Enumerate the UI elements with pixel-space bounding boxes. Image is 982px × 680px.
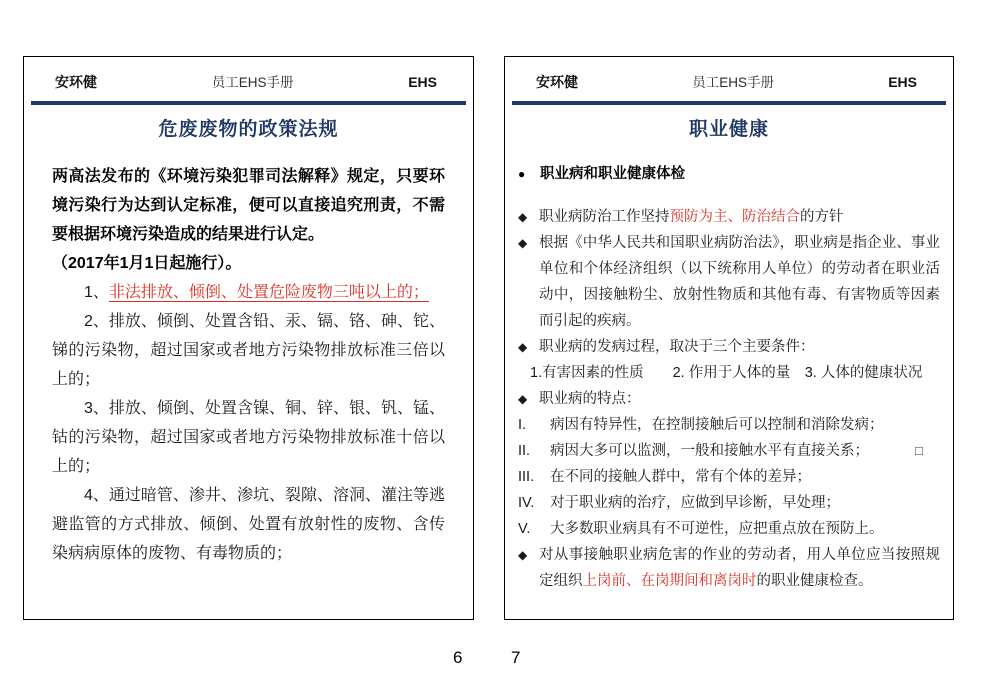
characteristic-item-2: II.病因大多可以监测，一般和接触水平有直接关系；□ [518,438,940,464]
page-body-left: 两高法发布的《环境污染犯罪司法解释》规定，只要环境污染行为达到认定标准，便可以直… [24,162,473,568]
header-rule [31,101,466,105]
page-title-right: 职业健康 [505,114,953,141]
paragraph-text: 1.有害因素的性质 2. 作用于人体的量 3. 人体的健康状况 [530,365,922,381]
text-segment: 1、 [84,284,109,301]
list-item-3: 3、排放、倾倒、处置含镍、铜、锌、银、钒、锰、钴的污染物，超过国家或者地方污染物… [52,394,445,481]
characteristic-item-1: I.病因有特异性，在控制接触后可以控制和消除发病； [518,412,940,438]
diamond-bullet: ◆ [518,204,539,230]
paragraph-text: 在不同的接触人群中，常有个体的差异； [550,464,940,490]
text-segment: 职业病的发病过程，取决于三个主要条件： [539,339,815,355]
page-number-right: 7 [511,648,520,668]
text-segment: 职业病防治工作坚持 [539,209,670,225]
text-segment: 在不同的接触人群中，常有个体的差异； [550,469,811,485]
header-brand: 安环健 [55,72,97,92]
page-title-left: 危废废物的政策法规 [24,114,473,141]
diamond-bullet: ◆ [518,334,539,360]
paragraph-text: （2017年1月1日起施行）。 [52,255,241,272]
text-segment: 病因有特异性，在控制接触后可以控制和消除发病； [550,417,884,433]
paragraph-text: 病因有特异性，在控制接触后可以控制和消除发病； [550,412,940,438]
header-ehs-label: EHS [408,74,437,90]
page-body-right: ●职业病和职业健康体检◆职业病防治工作坚持预防为主、防治结合的方针◆根据《中华人… [505,161,953,594]
text-segment: 两高法发布的《环境污染犯罪司法解释》规定，只要环境污染行为达到认定标准，便可以直… [52,168,445,243]
text-segment: 对于职业病的治疗，应做到早诊断，早处理； [550,495,840,511]
highlighted-text: 非法排放、倾倒、处置危险废物三吨以上的； [109,284,429,301]
paragraph-text: 病因大多可以监测，一般和接触水平有直接关系；□ [550,438,940,464]
roman-numeral: V. [518,516,550,542]
text-segment: 大多数职业病具有不可逆性，应把重点放在预防上。 [550,521,884,537]
conditions-sub-line: 1.有害因素的性质 2. 作用于人体的量 3. 人体的健康状况 [518,360,940,386]
text-segment: 病因大多可以监测，一般和接触水平有直接关系； [550,443,869,459]
header-ehs-label: EHS [888,74,917,90]
text-segment: 3、排放、倾倒、处置含镍、铜、锌、银、钒、锰、钴的污染物，超过国家或者地方污染物… [52,400,445,475]
dot-bullet: ● [518,161,540,187]
intro-paragraph: 两高法发布的《环境污染犯罪司法解释》规定，只要环境污染行为达到认定标准，便可以直… [52,162,445,249]
paragraph-text: 对于职业病的治疗，应做到早诊断，早处理； [550,490,940,516]
text-segment: 1.有害因素的性质 2. 作用于人体的量 3. 人体的健康状况 [530,365,922,381]
text-segment: （2017年1月1日起施行）。 [52,255,241,272]
paragraph-text: 两高法发布的《环境污染犯罪司法解释》规定，只要环境污染行为达到认定标准，便可以直… [52,168,445,243]
page-right: 安环健 员工EHS手册 EHS 职业健康 ●职业病和职业健康体检◆职业病防治工作… [504,56,954,620]
roman-numeral: II. [518,438,550,464]
list-item-4: 4、通过暗管、渗井、渗坑、裂隙、溶洞、灌注等逃避监管的方式排放、倾倒、处置有放射… [52,481,445,568]
text-segment: 4、通过暗管、渗井、渗坑、裂隙、溶洞、灌注等逃避监管的方式排放、倾倒、处置有放射… [52,487,445,562]
paragraph-text: 职业病的发病过程，取决于三个主要条件： [539,334,940,360]
header-doc-title: 员工EHS手册 [97,71,408,91]
text-segment: 2、排放、倾倒、处置含铅、汞、镉、铬、砷、铊、锑的污染物，超过国家或者地方污染物… [52,313,445,388]
text-segment: 的方针 [800,209,844,225]
text-segment: 职业病和职业健康体检 [540,166,685,182]
characteristic-item-5: V.大多数职业病具有不可逆性，应把重点放在预防上。 [518,516,940,542]
paragraph-text: 职业病的特点： [539,386,940,412]
page-header: 安环健 员工EHS手册 EHS [24,57,473,92]
characteristic-item-3: III.在不同的接触人群中，常有个体的差异； [518,464,940,490]
highlighted-text: 预防为主、防治结合 [670,209,801,225]
highlighted-text: □ [915,443,923,458]
diamond-bullet: ◆ [518,542,539,568]
paragraph-text: 职业病防治工作坚持预防为主、防治结合的方针 [539,204,940,230]
header-rule [512,101,946,105]
page-number-left: 6 [453,648,462,668]
page-header: 安环健 员工EHS手册 EHS [505,57,953,92]
highlighted-text: 上岗前、在岗期间和离岗时 [583,573,757,589]
diamond-bullet: ◆ [518,386,539,412]
header-doc-title: 员工EHS手册 [578,71,888,91]
bullet-onset-conditions: ◆职业病的发病过程，取决于三个主要条件： [518,334,940,360]
paragraph-text: 2、排放、倾倒、处置含铅、汞、镉、铬、砷、铊、锑的污染物，超过国家或者地方污染物… [52,313,445,388]
paragraph-text: 大多数职业病具有不可逆性，应把重点放在预防上。 [550,516,940,542]
diamond-bullet: ◆ [518,230,539,256]
paragraph-text: 4、通过暗管、渗井、渗坑、裂隙、溶洞、灌注等逃避监管的方式排放、倾倒、处置有放射… [52,487,445,562]
roman-numeral: III. [518,464,550,490]
section-heading-occupational-disease: ●职业病和职业健康体检 [518,161,940,187]
paragraph-text: 职业病和职业健康体检 [540,161,940,187]
bullet-characteristics: ◆职业病的特点： [518,386,940,412]
list-item-1: 1、非法排放、倾倒、处置危险废物三吨以上的； [52,278,445,307]
text-segment: 根据《中华人民共和国职业病防治法》，职业病是指企业、事业单位和个体经济组织（以下… [539,235,940,329]
paragraph-text: 3、排放、倾倒、处置含镍、铜、锌、银、钒、锰、钴的污染物，超过国家或者地方污染物… [52,400,445,475]
header-brand: 安环健 [536,72,578,92]
paragraph-text: 1、非法排放、倾倒、处置危险废物三吨以上的； [84,284,429,301]
text-segment: 职业病的特点： [539,391,641,407]
characteristic-item-4: IV.对于职业病的治疗，应做到早诊断，早处理； [518,490,940,516]
list-item-2: 2、排放、倾倒、处置含铅、汞、镉、铬、砷、铊、锑的污染物，超过国家或者地方污染物… [52,307,445,394]
bullet-prevention-policy: ◆职业病防治工作坚持预防为主、防治结合的方针 [518,204,940,230]
paragraph-text: 根据《中华人民共和国职业病防治法》，职业病是指企业、事业单位和个体经济组织（以下… [539,230,940,334]
roman-numeral: I. [518,412,550,438]
page-left: 安环健 员工EHS手册 EHS 危废废物的政策法规 两高法发布的《环境污染犯罪司… [23,56,474,620]
bullet-definition: ◆根据《中华人民共和国职业病防治法》，职业病是指企业、事业单位和个体经济组织（以… [518,230,940,334]
effective-date-line: （2017年1月1日起施行）。 [52,249,445,278]
bullet-health-checkups: ◆对从事接触职业病危害的作业的劳动者，用人单位应当按照规定组织上岗前、在岗期间和… [518,542,940,594]
text-segment: 的职业健康检查。 [757,573,873,589]
roman-numeral: IV. [518,490,550,516]
paragraph-text: 对从事接触职业病危害的作业的劳动者，用人单位应当按照规定组织上岗前、在岗期间和离… [539,542,940,594]
